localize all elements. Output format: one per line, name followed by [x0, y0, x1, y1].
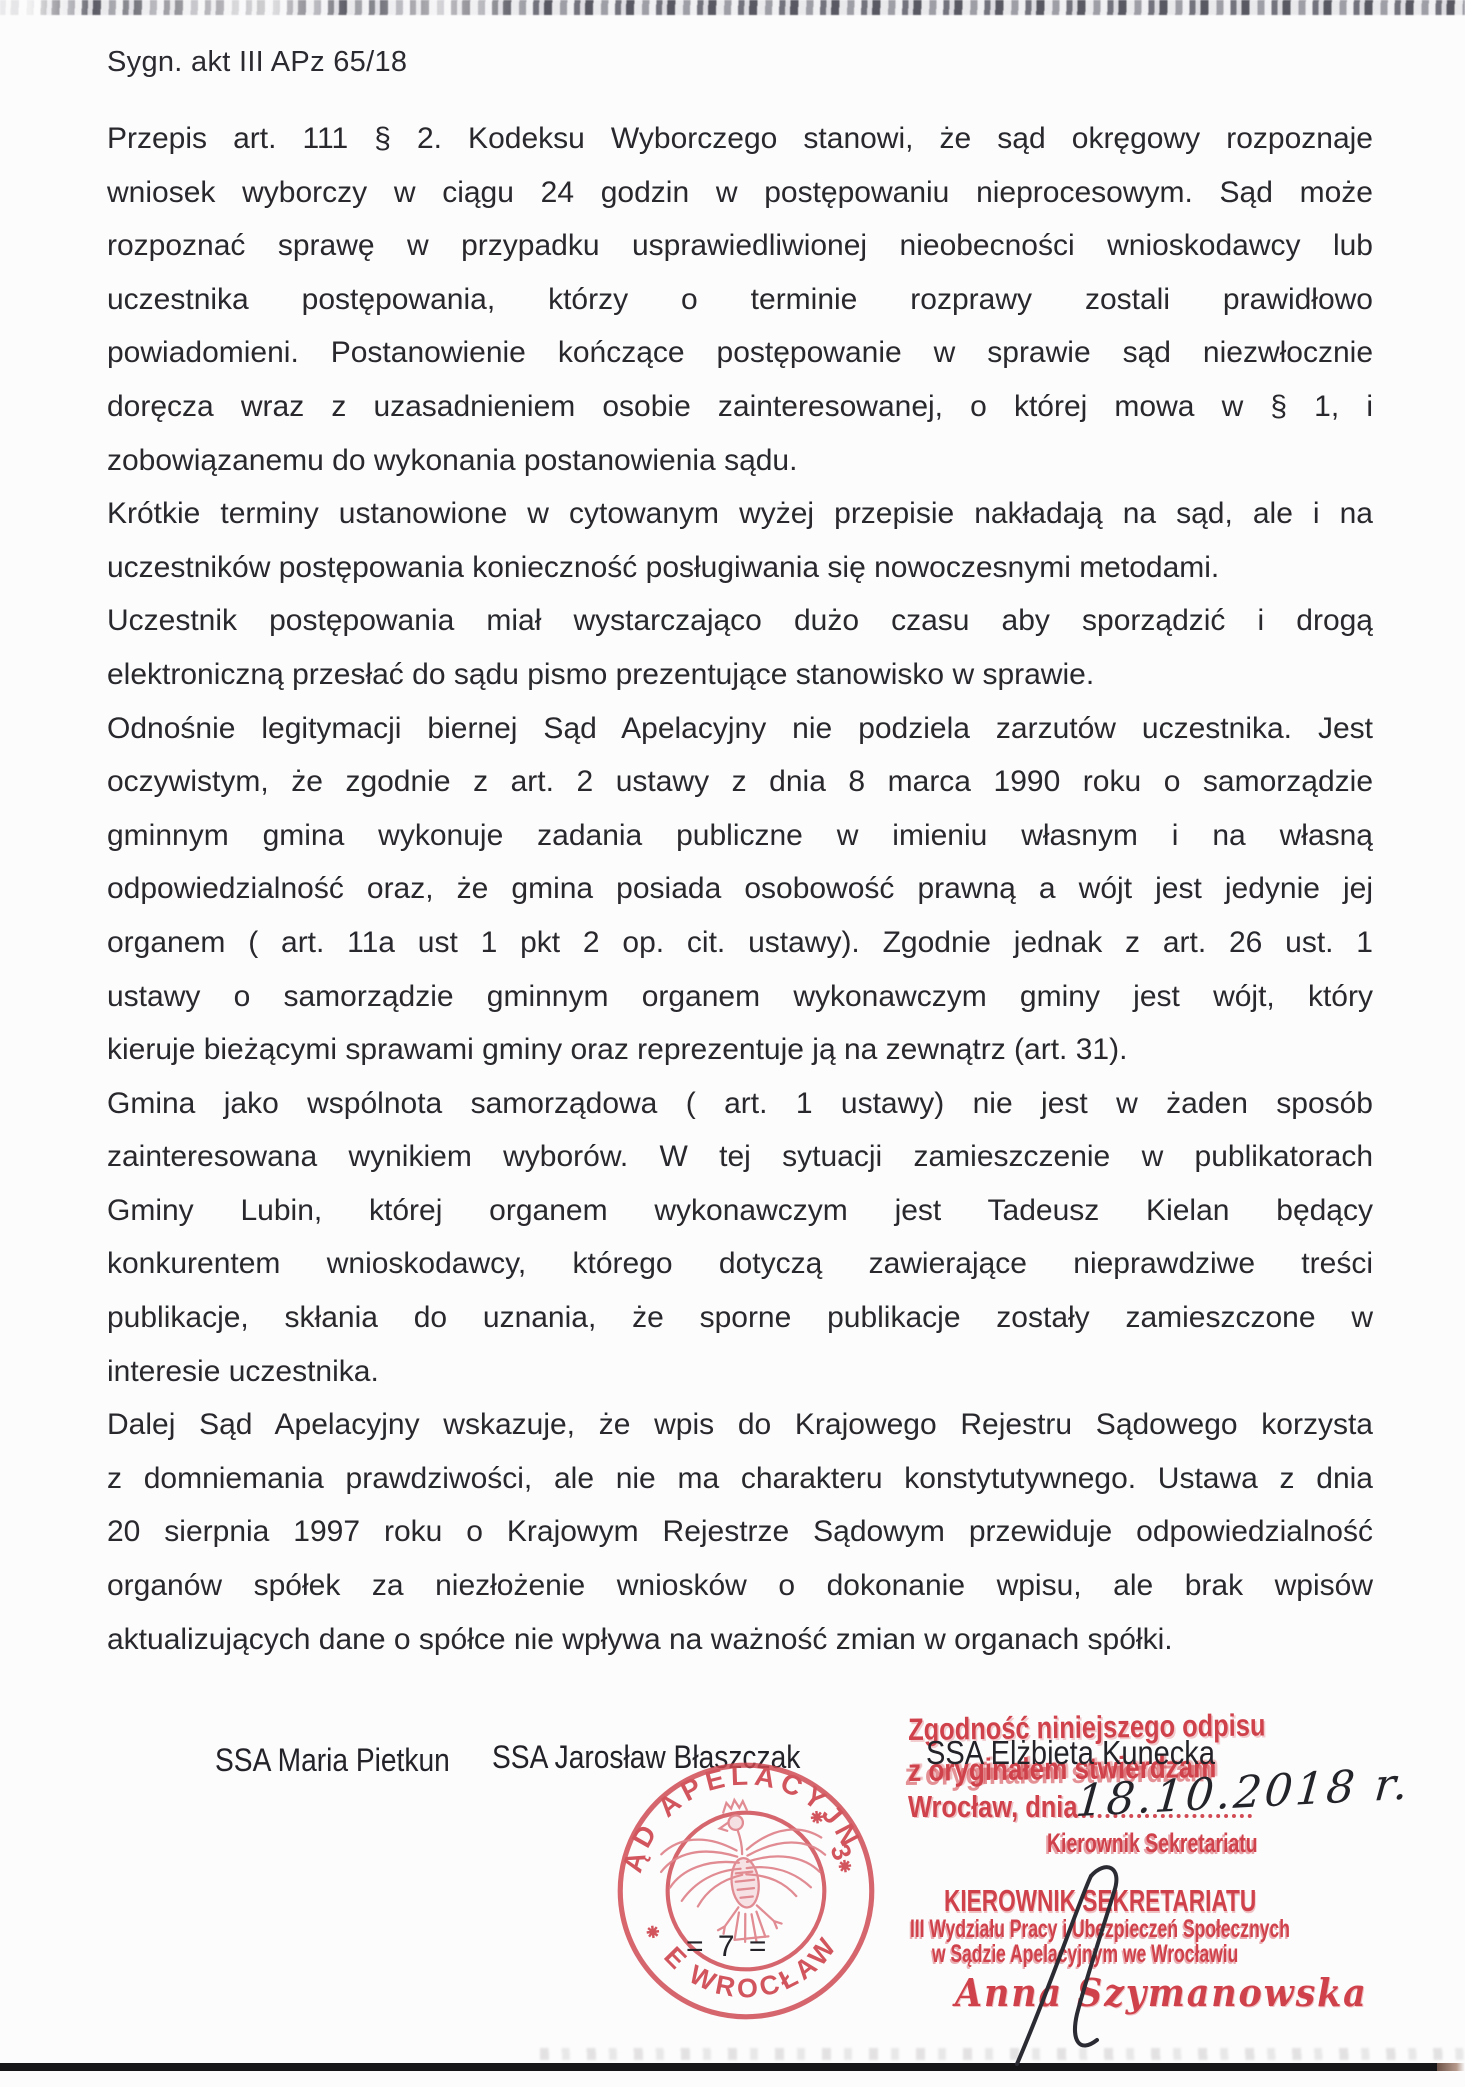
case-number: Sygn. akt III APz 65/18 [107, 46, 407, 79]
text-line: z domniemania prawdziwości, ale nie ma c… [107, 1452, 1373, 1506]
text-line: rozpoznać sprawę w przypadku usprawiedli… [107, 219, 1373, 273]
text-line: zainteresowana wynikiem wyborów. W tej s… [107, 1130, 1373, 1184]
seal-side-number: 3 [824, 1840, 857, 1865]
text-line: 20 sierpnia 1997 roku o Krajowym Rejestr… [107, 1505, 1373, 1559]
paragraph: Dalej Sąd Apelacyjny wskazuje, że wpis d… [107, 1398, 1373, 1666]
text-line: kieruje bieżącymi sprawami gminy oraz re… [107, 1023, 1373, 1077]
text-line: powiadomieni. Postanowienie kończące pos… [107, 326, 1373, 380]
text-line: zobowiązanemu do wykonania postanowienia… [107, 434, 1373, 488]
text-line: Gmina jako wspólnota samorządowa ( art. … [107, 1077, 1373, 1131]
text-line: uczestnika postępowania, którzy o termin… [107, 273, 1373, 327]
paragraph: Uczestnik postępowania miał wystarczając… [107, 594, 1373, 701]
text-line: odpowiedzialność oraz, że gmina posiada … [107, 862, 1373, 916]
text-line: wniosek wyborczy w ciągu 24 godzin w pos… [107, 166, 1373, 220]
document-body: Przepis art. 111 § 2. Kodeksu Wyborczego… [107, 112, 1373, 1666]
text-line: oczywistym, że zgodnie z art. 2 ustawy z… [107, 755, 1373, 809]
text-line: ustawy o samorządzie gminnym organem wyk… [107, 970, 1373, 1024]
text-line: Gminy Lubin, której organem wykonawczym … [107, 1184, 1373, 1238]
text-line: elektroniczną przesłać do sądu pismo pre… [107, 648, 1373, 702]
scan-artifact-bottom-bar-tail [1437, 2063, 1465, 2071]
scan-artifact-top-edge [0, 0, 1465, 15]
text-line: Uczestnik postępowania miał wystarczając… [107, 594, 1373, 648]
text-line: publikacje, skłania do uznania, że sporn… [107, 1291, 1373, 1345]
judge-signature-3: SSA Elżbieta Kunecka [926, 1734, 1215, 1772]
text-line: Odnośnie legitymacji biernej Sąd Apelacy… [107, 702, 1373, 756]
text-line: gminnym gmina wykonuje zadania publiczne… [107, 809, 1373, 863]
page-number: = 7 = [686, 1930, 769, 1964]
text-line: uczestników postępowania konieczność pos… [107, 541, 1373, 595]
paragraph: Odnośnie legitymacji biernej Sąd Apelacy… [107, 702, 1373, 1077]
role-label-small: Kierownik Sekretariatu [1047, 1828, 1258, 1859]
text-line: interesie uczestnika. [107, 1345, 1373, 1399]
text-line: Dalej Sąd Apelacyjny wskazuje, że wpis d… [107, 1398, 1373, 1452]
text-line: aktualizujących dane o spółce nie wpływa… [107, 1613, 1373, 1667]
paragraph: Krótkie terminy ustanowione w cytowanym … [107, 487, 1373, 594]
scan-artifact-bottom-bar [0, 2063, 1437, 2071]
text-line: konkurentem wnioskodawcy, którego dotycz… [107, 1237, 1373, 1291]
text-line: Przepis art. 111 § 2. Kodeksu Wyborczego… [107, 112, 1373, 166]
text-line: doręcza wraz z uzasadnieniem osobie zain… [107, 380, 1373, 434]
text-line: organów spółek za niezłożenie wniosków o… [107, 1559, 1373, 1613]
place-date-label: Wrocław, dnia [908, 1789, 1078, 1825]
text-line: organem ( art. 11a ust 1 pkt 2 op. cit. … [107, 916, 1373, 970]
paragraph: Gmina jako wspólnota samorządowa ( art. … [107, 1077, 1373, 1399]
court-seal-stamp: SĄD APELACYJNY WE WROCŁAWIU 3 [599, 1744, 894, 2039]
eagle-emblem-icon [654, 1791, 833, 1951]
paragraph: Przepis art. 111 § 2. Kodeksu Wyborczego… [107, 112, 1373, 487]
text-line: Krótkie terminy ustanowione w cytowanym … [107, 487, 1373, 541]
judge-signature-1: SSA Maria Pietkun [215, 1742, 450, 1779]
handwritten-signature [995, 1858, 1165, 2073]
